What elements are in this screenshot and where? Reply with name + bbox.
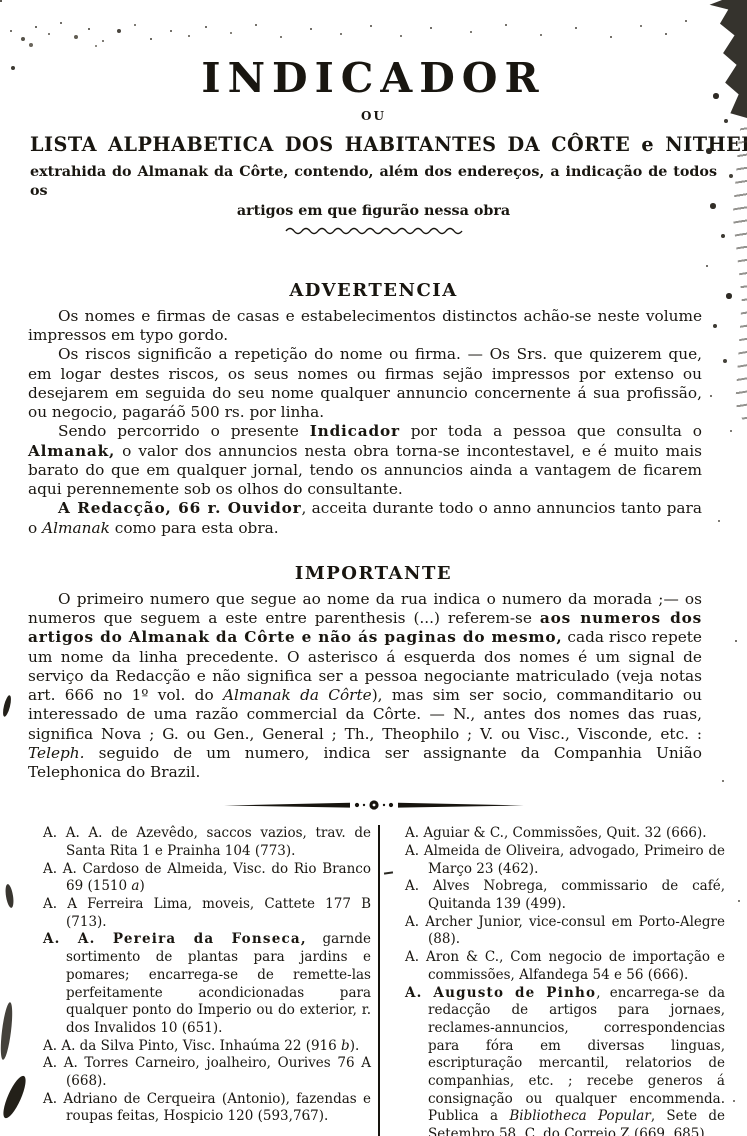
directory-entry: A. A. da Silva Pinto, Visc. Inhaúma 22 (… [30, 1038, 371, 1056]
directory-entry: A. A. Cardoso de Almeida, Visc. do Rio B… [30, 861, 371, 896]
directory-left-column: A. A. A. de Azevêdo, saccos vazios, trav… [30, 825, 380, 1136]
subtitle: LISTA ALPHABETICA DOS HABITANTES DA CÔRT… [30, 134, 707, 155]
advertencia-paragraph-4: A Redacção, 66 r. Ouvidor, acceita duran… [28, 499, 702, 538]
text-segment: Os riscos significão a repetição do nome… [28, 345, 702, 421]
ou-separator: OU [0, 109, 747, 123]
ink-blob-left [0, 1002, 15, 1061]
advertencia-paragraph-1: Os nomes e firmas de casas e estabelecim… [28, 307, 702, 346]
directory-columns: A. A. A. de Azevêdo, saccos vazios, trav… [30, 825, 725, 1136]
ornament-divider-icon [224, 796, 524, 814]
directory-entry: A. A. Torres Carneiro, joalheiro, Ourive… [30, 1055, 371, 1090]
directory-entry: A. Archer Junior, vice-consul em Porto-A… [392, 914, 725, 949]
advertencia-paragraph-2: Os riscos significão a repetição do nome… [28, 345, 702, 422]
text-segment: b [341, 1038, 350, 1054]
text-segment: A. Aron & C., Com negocio de importação … [405, 949, 725, 983]
text-segment: A. Almeida de Oliveira, advogado, Primei… [405, 843, 725, 877]
text-segment: Teleph. [28, 744, 85, 762]
importante-heading: IMPORTANTE [0, 564, 747, 584]
directory-entry: A. Aguiar & C., Commissões, Quit. 32 (66… [392, 825, 725, 843]
text-segment: seguido de um numero, indica ser assigna… [28, 744, 702, 781]
text-segment: A. A. Cardoso de Almeida, Visc. do Rio B… [43, 861, 371, 895]
directory-entry: A. Adriano de Cerqueira (Antonio), fazen… [30, 1091, 371, 1126]
text-segment: Almanak [42, 519, 110, 537]
directory-entry: A. Augusto de Pinho, encarrega-se da red… [392, 985, 725, 1136]
text-segment: Bibliotheca Popular [509, 1108, 650, 1124]
directory-right-column: A. Aguiar & C., Commissões, Quit. 32 (66… [380, 825, 725, 1136]
advertencia-paragraph-3: Sendo percorrido o presente Indicador po… [28, 422, 702, 499]
text-segment: A. Archer Junior, vice-consul em Porto-A… [405, 914, 725, 948]
text-segment: , encarrega-se da redacção de artigos pa… [428, 985, 725, 1125]
text-segment: ). [350, 1038, 360, 1054]
importante-section: IMPORTANTE O primeiro numero que segue a… [0, 564, 747, 782]
text-segment: Almanak, [28, 442, 115, 460]
text-segment: por toda a pessoa que consulta o [400, 422, 702, 440]
text-segment: Indicador [310, 422, 400, 440]
tagline-line1: extrahida do Almanak da Côrte, contendo,… [30, 163, 717, 201]
ink-blob-left [0, 1073, 30, 1120]
importante-paragraph-1: O primeiro numero que segue ao nome da r… [28, 590, 702, 783]
text-segment: o valor dos annuncios nesta obra torna-s… [28, 442, 702, 499]
text-segment: A. A. da Silva Pinto, Visc. Inhaúma 22 (… [43, 1038, 341, 1054]
text-segment: Os nomes e firmas de casas e estabelecim… [28, 307, 702, 344]
text-segment: como para esta obra. [110, 519, 279, 537]
text-segment: A. A. Pereira da Fonseca, [43, 931, 307, 947]
text-segment: ) [139, 878, 144, 894]
text-segment: A. Adriano de Cerqueira (Antonio), fazen… [43, 1091, 371, 1125]
text-segment: A. A. Torres Carneiro, joalheiro, Ourive… [43, 1055, 371, 1089]
text-segment: A Redacção, 66 r. Ouvidor [58, 499, 302, 517]
directory-entry: A. A. Pereira da Fonseca, garnde sortime… [30, 931, 371, 1037]
text-segment: A. Augusto de Pinho [405, 985, 596, 1001]
directory-entry: A. Almeida de Oliveira, advogado, Primei… [392, 843, 725, 878]
directory-entry: A. A. A. de Azevêdo, saccos vazios, trav… [30, 825, 371, 860]
text-segment: Sendo percorrido o presente [58, 422, 310, 440]
scanned-page: INDICADOR OU LISTA ALPHABETICA DOS HABIT… [0, 0, 747, 1136]
directory-entry: A. A Ferreira Lima, moveis, Cattete 177 … [30, 896, 371, 931]
page-title: INDICADOR [0, 58, 747, 99]
text-segment: A. Alves Nobrega, commissario de café, Q… [405, 878, 725, 912]
advertencia-heading: ADVERTENCIA [0, 281, 747, 301]
text-segment: A. A Ferreira Lima, moveis, Cattete 177 … [43, 896, 371, 930]
text-segment: A. A. A. de Azevêdo, saccos vazios, trav… [43, 825, 371, 859]
advertencia-section: ADVERTENCIA Os nomes e firmas de casas e… [0, 281, 747, 538]
text-segment: A. Aguiar & C., Commissões, Quit. 32 (66… [405, 825, 707, 841]
ornament-divider [0, 796, 747, 814]
masthead: INDICADOR OU LISTA ALPHABETICA DOS HABIT… [0, 0, 747, 235]
directory-entry: A. Alves Nobrega, commissario de café, Q… [392, 878, 725, 913]
text-segment: Almanak da Côrte [223, 686, 372, 704]
ink-blob-left [4, 884, 15, 909]
tagline-line2: artigos em que figurão nessa obra [0, 202, 747, 221]
wavy-rule-ornament [284, 225, 464, 235]
directory-entry: A. Aron & C., Com negocio de importação … [392, 949, 725, 984]
